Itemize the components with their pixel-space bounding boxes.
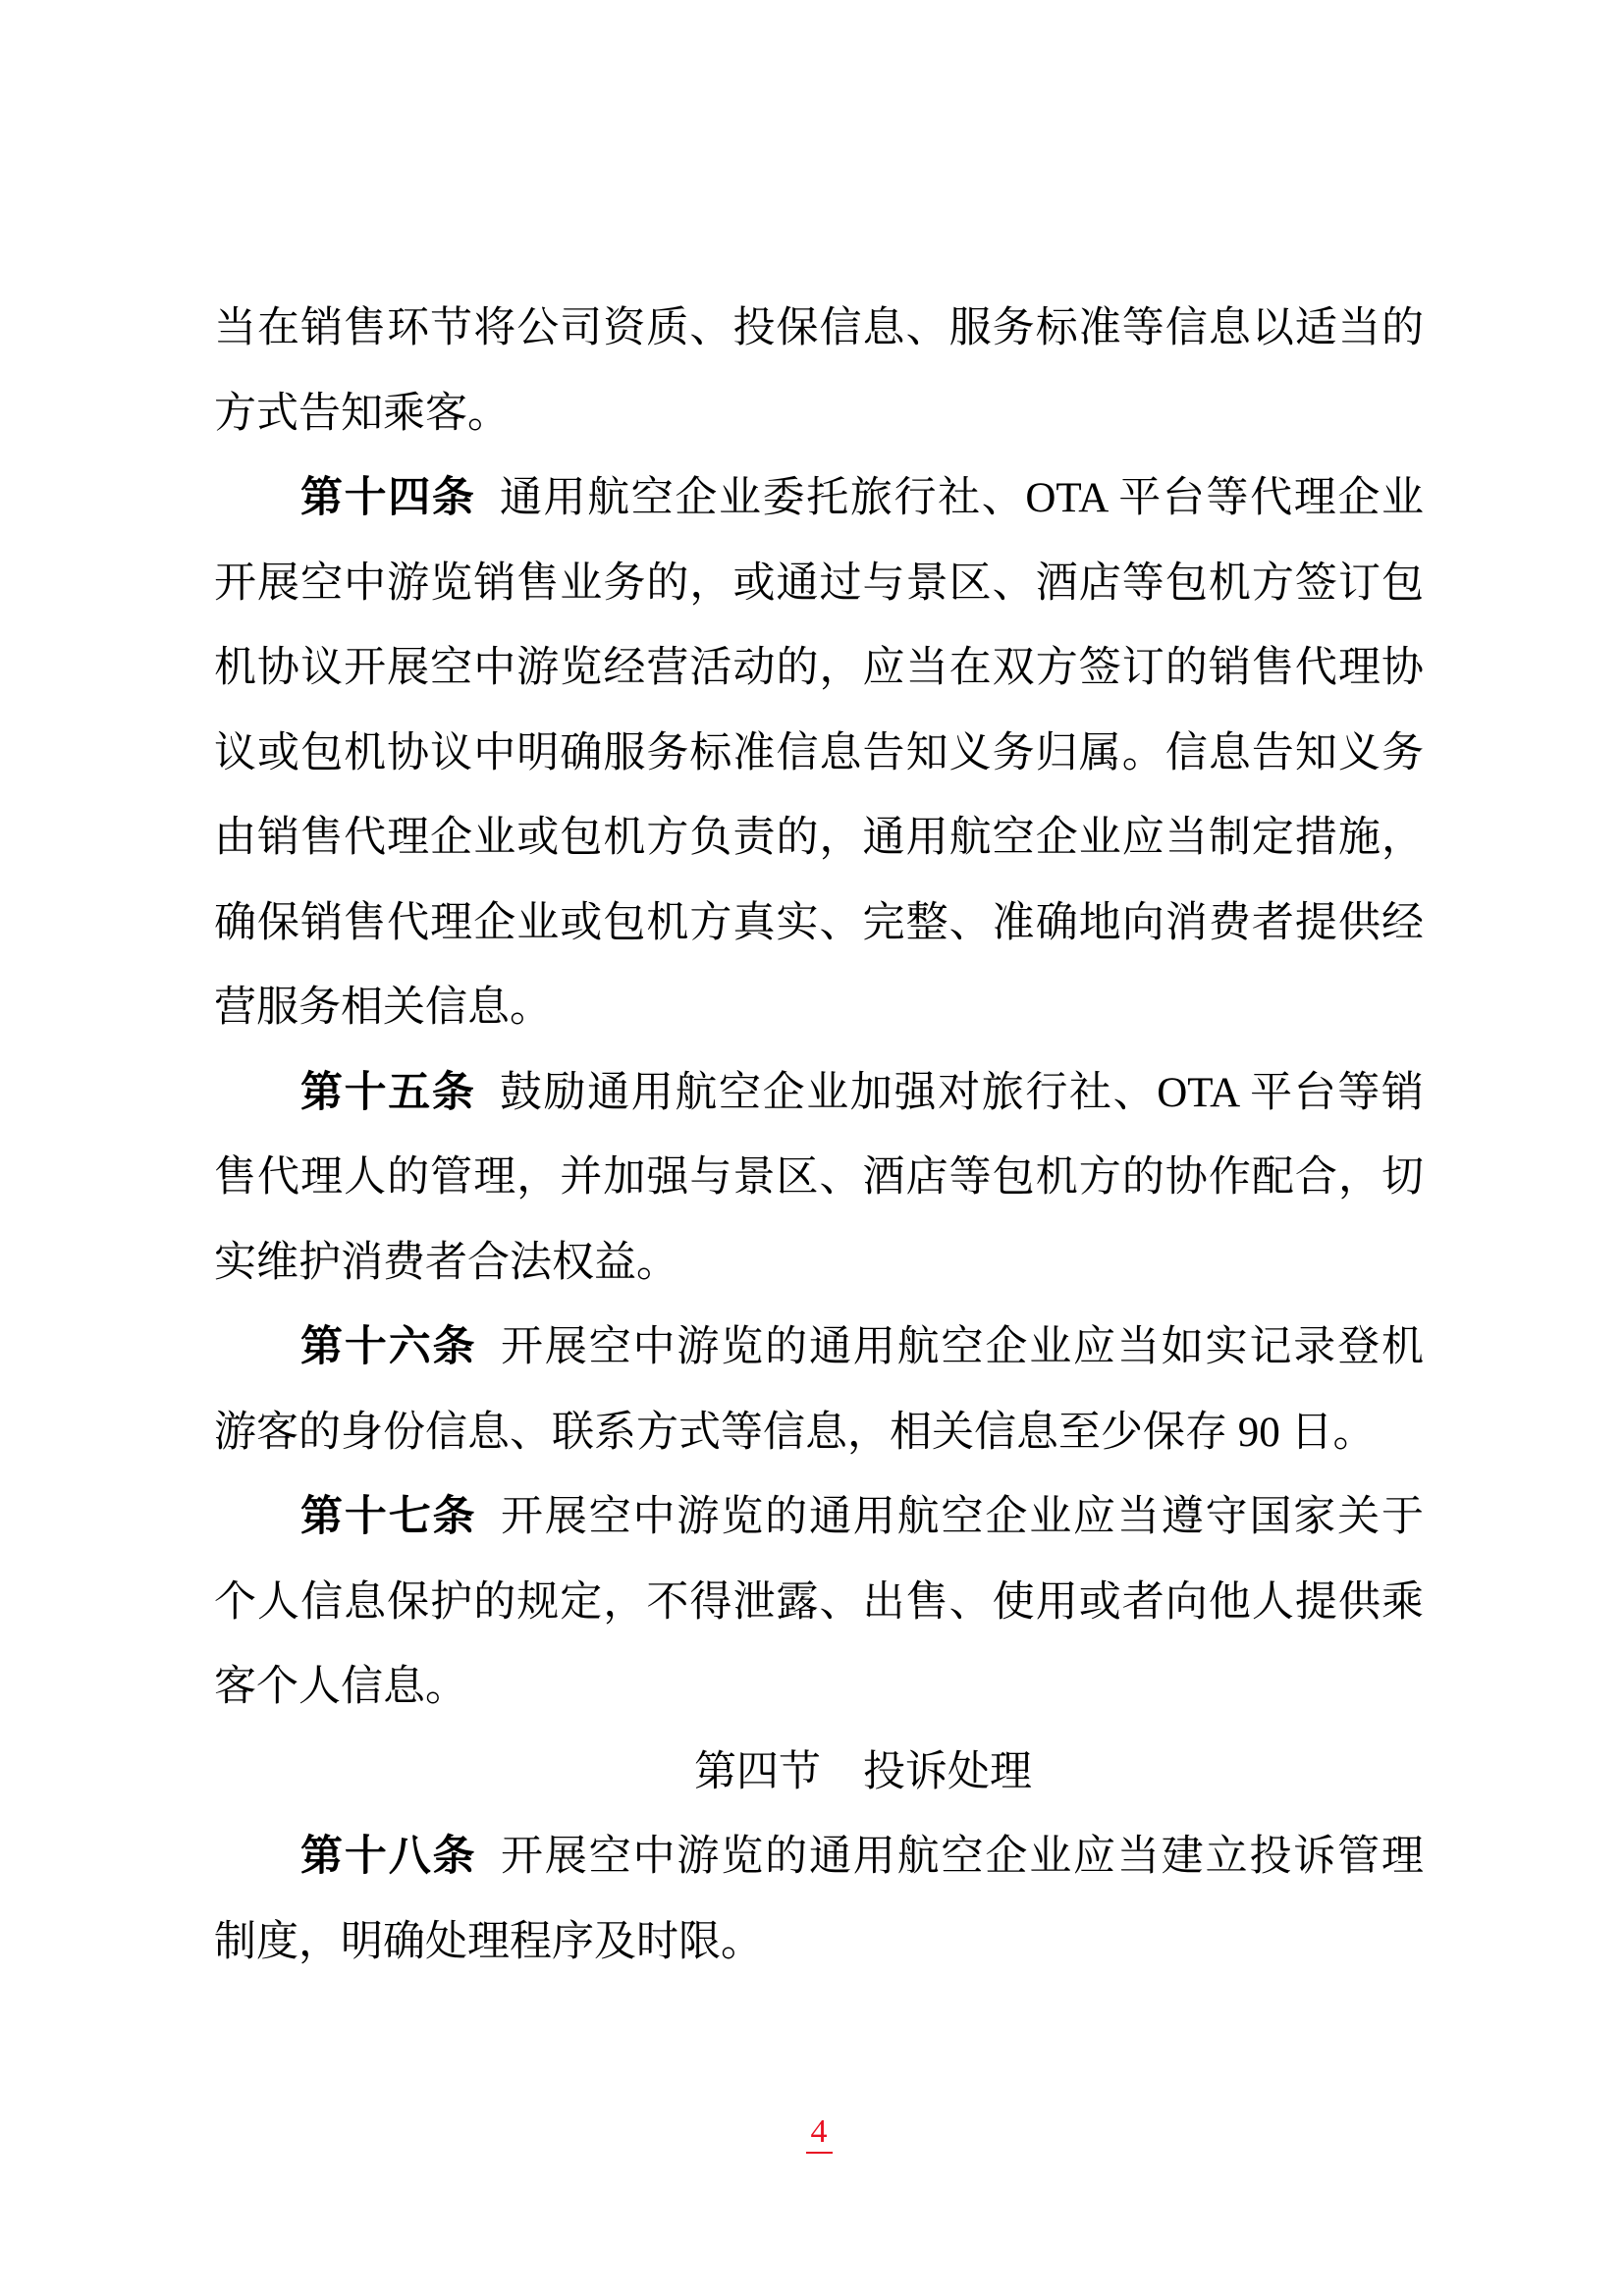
text-line: 第十五条 鼓励通用航空企业加强对旅行社、OTA 平台等销: [214, 1051, 1424, 1137]
text-line: 个人信息保护的规定，不得泄露、出售、使用或者向他人提供乘: [214, 1561, 1424, 1646]
text-line: 方式告知乘客。: [214, 372, 1424, 457]
document-page: { "document": { "lines": [ {"style": "ju…: [0, 0, 1624, 2296]
article-number-bold: 第十八条: [300, 1834, 476, 1880]
text-segment: 开展空中游览的通用航空企业应当建立投诉管理: [488, 1834, 1424, 1880]
article-number-bold: 第十四条: [300, 475, 476, 521]
text-segment: 开展空中游览销售业务的，或通过与景区、酒店等包机方签订包: [214, 561, 1424, 607]
text-segment: 第四节 投诉处理: [694, 1749, 1032, 1795]
text-line: 制度，明确处理程序及时限。: [214, 1900, 1424, 1986]
text-segment: 开展空中游览的通用航空企业应当如实记录登机: [488, 1324, 1424, 1370]
text-line: 第十七条 开展空中游览的通用航空企业应当遵守国家关于: [214, 1475, 1424, 1561]
text-line: 客个人信息。: [214, 1645, 1424, 1731]
text-line: 第十八条 开展空中游览的通用航空企业应当建立投诉管理: [214, 1815, 1424, 1900]
text-segment: 确保销售代理企业或包机方真实、完整、准确地向消费者提供经: [214, 900, 1424, 946]
text-segment: 通用航空企业委托旅行社、OTA 平台等代理企业: [488, 475, 1425, 521]
text-segment: 营服务相关信息。: [214, 985, 552, 1031]
text-line: 售代理人的管理，并加强与景区、酒店等包机方的协作配合，切: [214, 1136, 1424, 1221]
text-line: 第十四条 通用航空企业委托旅行社、OTA 平台等代理企业: [214, 456, 1424, 542]
text-line: 机协议开展空中游览经营活动的，应当在双方签订的销售代理协: [214, 626, 1424, 712]
document-body: 当在销售环节将公司资质、投保信息、服务标准等信息以适当的方式告知乘客。第十四条 …: [214, 287, 1424, 1985]
text-segment: 由销售代理企业或包机方负责的，通用航空企业应当制定措施，: [214, 815, 1424, 861]
page-footer: 4: [214, 2112, 1424, 2154]
text-segment: 客个人信息。: [214, 1664, 467, 1710]
text-segment: 制度，明确处理程序及时限。: [214, 1919, 763, 1965]
text-line: 议或包机协议中明确服务标准信息告知义务归属。信息告知义务: [214, 712, 1424, 797]
text-segment: 售代理人的管理，并加强与景区、酒店等包机方的协作配合，切: [214, 1154, 1424, 1201]
article-number-bold: 第十七条: [300, 1494, 476, 1540]
section-heading: 第四节 投诉处理: [214, 1731, 1424, 1816]
text-line: 游客的身份信息、联系方式等信息，相关信息至少保存 90 日。: [214, 1391, 1424, 1476]
text-segment: 实维护消费者合法权益。: [214, 1240, 678, 1286]
text-segment: 鼓励通用航空企业加强对旅行社、OTA 平台等销: [488, 1070, 1425, 1116]
text-segment: 开展空中游览的通用航空企业应当遵守国家关于: [488, 1494, 1424, 1540]
text-segment: 机协议开展空中游览经营活动的，应当在双方签订的销售代理协: [214, 645, 1424, 691]
text-line: 实维护消费者合法权益。: [214, 1221, 1424, 1307]
text-line: 开展空中游览销售业务的，或通过与景区、酒店等包机方签订包: [214, 542, 1424, 627]
text-segment: 游客的身份信息、联系方式等信息，相关信息至少保存 90 日。: [214, 1410, 1376, 1456]
article-number-bold: 第十五条: [300, 1070, 476, 1116]
text-line: 第十六条 开展空中游览的通用航空企业应当如实记录登机: [214, 1306, 1424, 1391]
text-segment: 方式告知乘客。: [214, 391, 510, 437]
text-segment: 议或包机协议中明确服务标准信息告知义务归属。信息告知义务: [214, 730, 1424, 776]
page-number: 4: [806, 2112, 833, 2154]
text-segment: 当在销售环节将公司资质、投保信息、服务标准等信息以适当的: [214, 305, 1424, 351]
text-line: 由销售代理企业或包机方负责的，通用航空企业应当制定措施，: [214, 796, 1424, 881]
text-line: 确保销售代理企业或包机方真实、完整、准确地向消费者提供经: [214, 881, 1424, 967]
text-segment: 个人信息保护的规定，不得泄露、出售、使用或者向他人提供乘: [214, 1579, 1424, 1626]
text-line: 当在销售环节将公司资质、投保信息、服务标准等信息以适当的: [214, 287, 1424, 372]
text-line: 营服务相关信息。: [214, 966, 1424, 1051]
article-number-bold: 第十六条: [300, 1324, 476, 1370]
